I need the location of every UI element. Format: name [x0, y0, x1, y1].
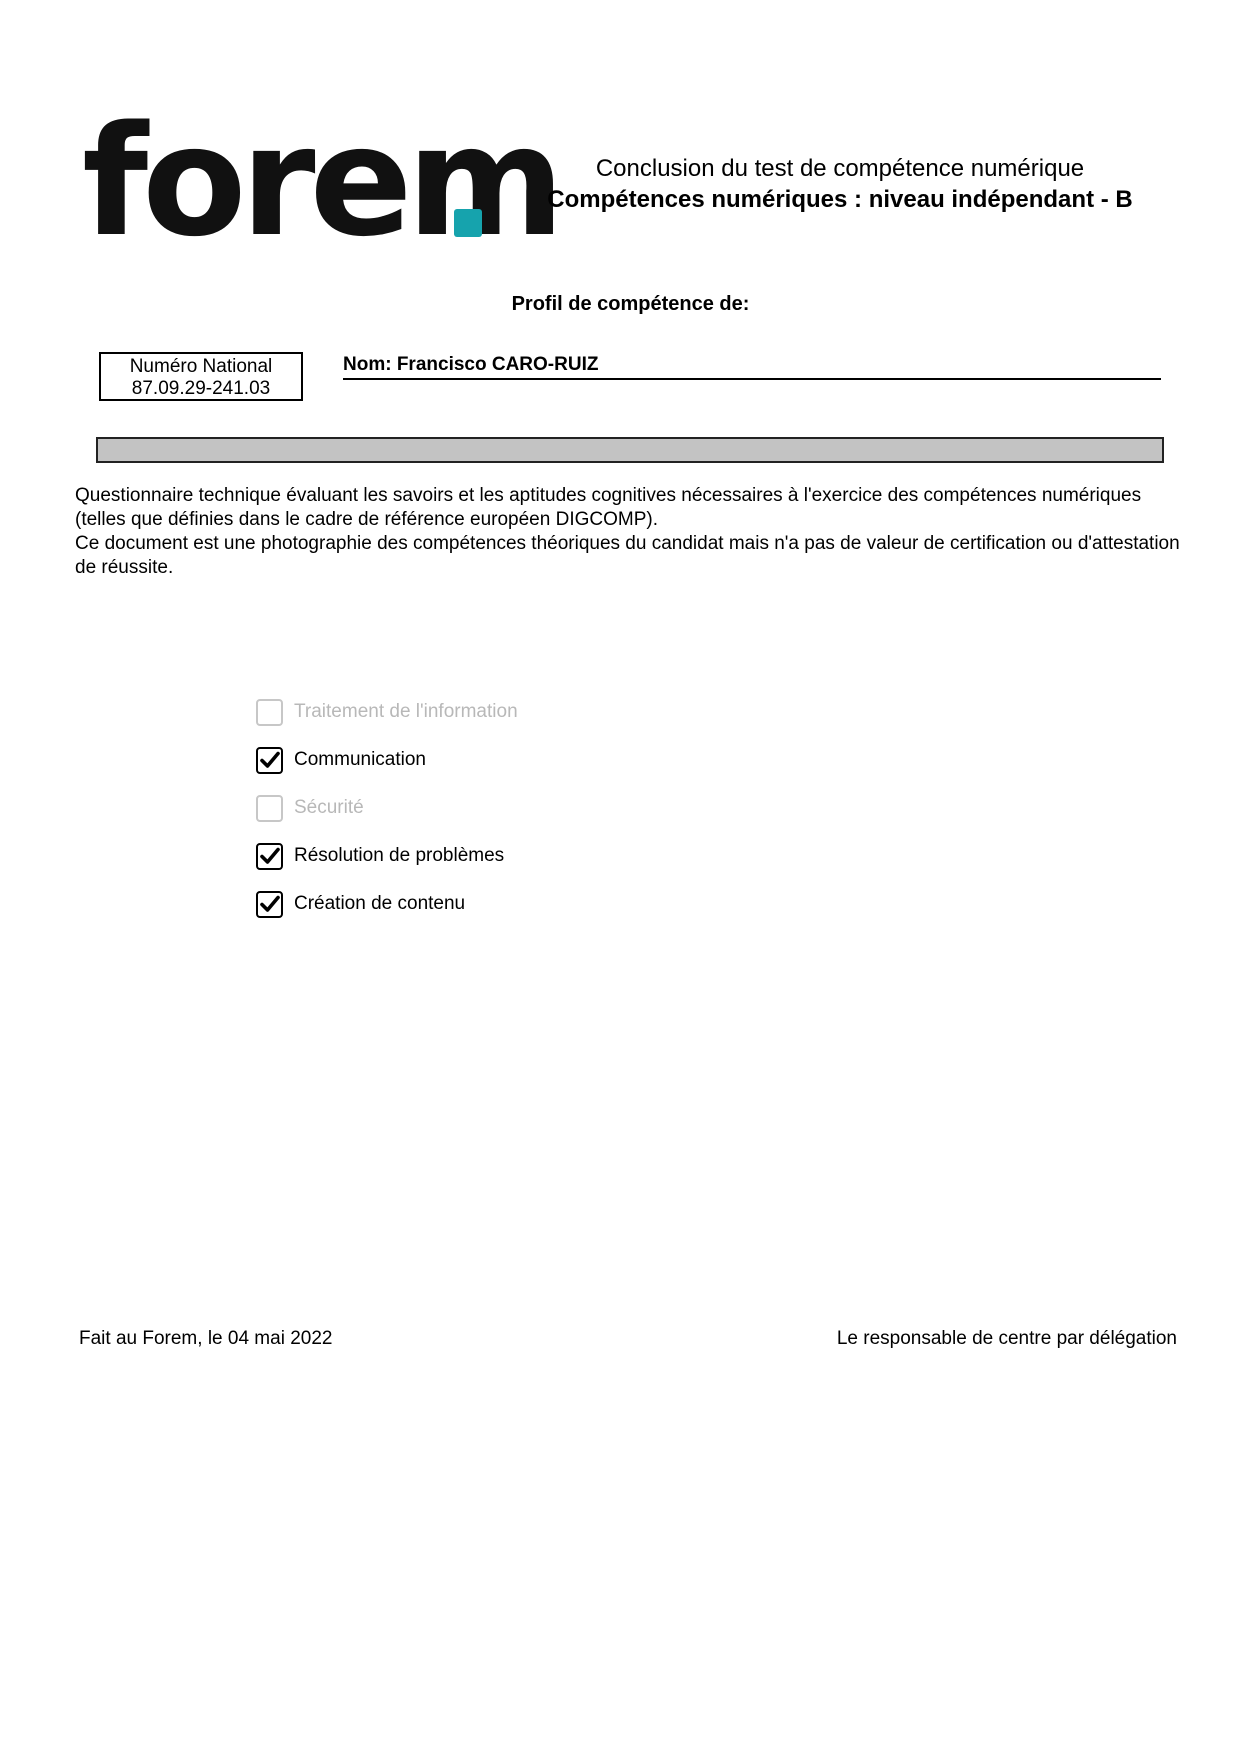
logo-text: forem — [82, 93, 559, 270]
title-level: Compétences numériques : niveau indépend… — [520, 184, 1160, 216]
profile-heading: Profil de compétence de: — [0, 293, 1241, 316]
competence-item: Communication — [256, 736, 518, 784]
national-number-label: Numéro National — [101, 356, 301, 378]
checkbox[interactable] — [256, 843, 283, 870]
competence-item: Création de contenu — [256, 880, 518, 928]
forem-logo: forem — [82, 112, 559, 252]
checkmark-icon — [260, 847, 280, 865]
competence-label: Traitement de l'information — [294, 701, 518, 723]
competence-label: Résolution de problèmes — [294, 845, 504, 867]
competence-label: Sécurité — [294, 797, 364, 819]
candidate-name: Nom: Francisco CARO-RUIZ — [343, 353, 1161, 380]
competence-label: Création de contenu — [294, 893, 465, 915]
checkmark-icon — [260, 895, 280, 913]
competence-item: Résolution de problèmes — [256, 832, 518, 880]
separator-bar — [96, 437, 1164, 463]
logo-dot-icon — [454, 209, 482, 237]
competence-item: Traitement de l'information — [256, 688, 518, 736]
description: Questionnaire technique évaluant les sav… — [75, 484, 1185, 580]
checkbox[interactable] — [256, 747, 283, 774]
competence-label: Communication — [294, 749, 426, 771]
national-number-box: Numéro National 87.09.29-241.03 — [99, 352, 303, 401]
checkbox[interactable] — [256, 891, 283, 918]
title-subtitle: Conclusion du test de compétence numériq… — [520, 154, 1160, 184]
description-paragraph: Ce document est une photographie des com… — [75, 532, 1185, 580]
checkmark-icon — [260, 751, 280, 769]
competence-list: Traitement de l'information Communicatio… — [256, 688, 518, 928]
national-number-value: 87.09.29-241.03 — [101, 378, 301, 400]
competence-item: Sécurité — [256, 784, 518, 832]
checkbox[interactable] — [256, 795, 283, 822]
signatory: Le responsable de centre par délégation — [837, 1328, 1177, 1350]
issue-date: Fait au Forem, le 04 mai 2022 — [79, 1328, 332, 1350]
description-paragraph: Questionnaire technique évaluant les sav… — [75, 484, 1185, 532]
document-title: Conclusion du test de compétence numériq… — [520, 154, 1160, 216]
checkbox[interactable] — [256, 699, 283, 726]
